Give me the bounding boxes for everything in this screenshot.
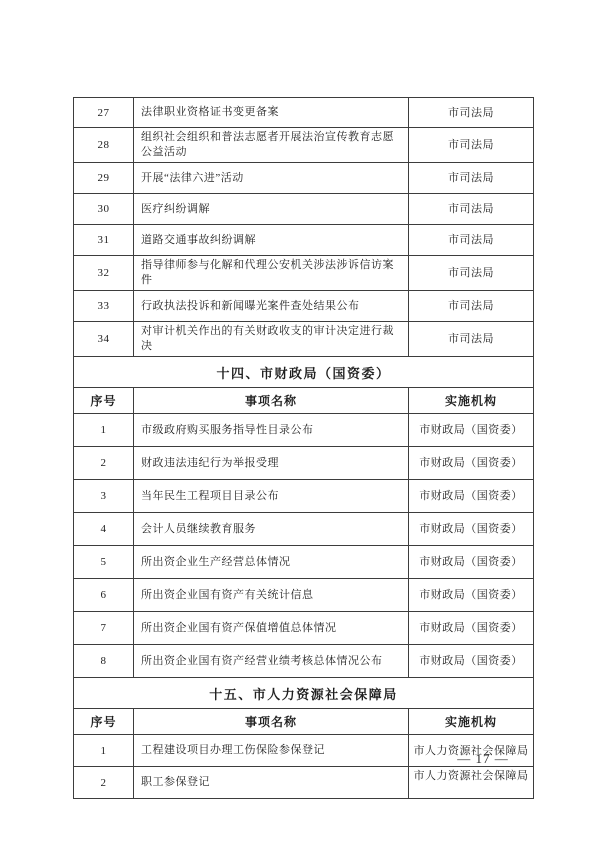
table-row: 27 法律职业资格证书变更备案 市司法局	[74, 98, 534, 128]
header-row: 序号 事项名称 实施机构	[74, 709, 534, 735]
item-cell: 医疗纠纷调解	[134, 194, 409, 225]
section-title-row-hr: 十五、市人力资源社会保障局	[74, 678, 534, 709]
agency-cell: 市财政局（国资委）	[409, 612, 534, 645]
agency-cell: 市司法局	[409, 225, 534, 256]
agency-cell: 市司法局	[409, 98, 534, 128]
agency-cell: 市财政局（国资委）	[409, 480, 534, 513]
agency-cell: 市司法局	[409, 194, 534, 225]
seq-cell: 34	[74, 322, 134, 357]
item-cell: 所出资企业国有资产保值增值总体情况	[134, 612, 409, 645]
table-row: 30 医疗纠纷调解 市司法局	[74, 194, 534, 225]
seq-cell: 32	[74, 256, 134, 291]
agency-cell: 市司法局	[409, 256, 534, 291]
section-title-row-finance: 十四、市财政局（国资委）	[74, 357, 534, 388]
seq-cell: 7	[74, 612, 134, 645]
table-row: 31 道路交通事故纠纷调解 市司法局	[74, 225, 534, 256]
column-header-seq: 序号	[74, 709, 134, 735]
seq-cell: 1	[74, 735, 134, 767]
seq-cell: 28	[74, 128, 134, 163]
section-title: 十四、市财政局（国资委）	[74, 357, 534, 388]
seq-cell: 31	[74, 225, 134, 256]
column-header-item: 事项名称	[134, 709, 409, 735]
agency-cell: 市司法局	[409, 163, 534, 194]
seq-cell: 5	[74, 546, 134, 579]
seq-cell: 29	[74, 163, 134, 194]
table-row: 7 所出资企业国有资产保值增值总体情况 市财政局（国资委）	[74, 612, 534, 645]
table-row: 3 当年民生工程项目目录公布 市财政局（国资委）	[74, 480, 534, 513]
agency-cell: 市财政局（国资委）	[409, 513, 534, 546]
agency-cell: 市人力资源社会保障局	[409, 767, 534, 799]
seq-cell: 27	[74, 98, 134, 128]
column-header-agency: 实施机构	[409, 388, 534, 414]
table-row: 5 所出资企业生产经营总体情况 市财政局（国资委）	[74, 546, 534, 579]
agency-cell: 市财政局（国资委）	[409, 645, 534, 678]
column-header-seq: 序号	[74, 388, 134, 414]
table-row: 29 开展“法律六进”活动 市司法局	[74, 163, 534, 194]
seq-cell: 3	[74, 480, 134, 513]
agency-cell: 市财政局（国资委）	[409, 579, 534, 612]
seq-cell: 8	[74, 645, 134, 678]
table-row: 4 会计人员继续教育服务 市财政局（国资委）	[74, 513, 534, 546]
seq-cell: 2	[74, 767, 134, 799]
table-row: 28 组织社会组织和普法志愿者开展法治宣传教育志愿公益活动 市司法局	[74, 128, 534, 163]
item-cell: 会计人员继续教育服务	[134, 513, 409, 546]
item-cell: 所出资企业生产经营总体情况	[134, 546, 409, 579]
service-items-table: 27 法律职业资格证书变更备案 市司法局 28 组织社会组织和普法志愿者开展法治…	[73, 97, 534, 799]
section-title: 十五、市人力资源社会保障局	[74, 678, 534, 709]
item-cell: 当年民生工程项目目录公布	[134, 480, 409, 513]
seq-cell: 6	[74, 579, 134, 612]
agency-cell: 市财政局（国资委）	[409, 546, 534, 579]
item-cell: 所出资企业国有资产有关统计信息	[134, 579, 409, 612]
document-page: { "table": { "column_headers": { "seq": …	[0, 0, 600, 848]
seq-cell: 33	[74, 291, 134, 322]
item-cell: 市级政府购买服务指导性目录公布	[134, 414, 409, 447]
seq-cell: 1	[74, 414, 134, 447]
table-row: 33 行政执法投诉和新闻曝光案件查处结果公布 市司法局	[74, 291, 534, 322]
table-row: 1 市级政府购买服务指导性目录公布 市财政局（国资委）	[74, 414, 534, 447]
seq-cell: 30	[74, 194, 134, 225]
header-row: 序号 事项名称 实施机构	[74, 388, 534, 414]
item-cell: 职工参保登记	[134, 767, 409, 799]
agency-cell: 市司法局	[409, 322, 534, 357]
agency-cell: 市司法局	[409, 291, 534, 322]
agency-cell: 市财政局（国资委）	[409, 414, 534, 447]
table-row: 2 职工参保登记 市人力资源社会保障局	[74, 767, 534, 799]
column-header-item: 事项名称	[134, 388, 409, 414]
item-cell: 开展“法律六进”活动	[134, 163, 409, 194]
table-row: 6 所出资企业国有资产有关统计信息 市财政局（国资委）	[74, 579, 534, 612]
table-row: 32 指导律师参与化解和代理公安机关涉法涉诉信访案件 市司法局	[74, 256, 534, 291]
page-number: — 17 —	[453, 751, 513, 767]
item-cell: 财政违法违纪行为举报受理	[134, 447, 409, 480]
table-row: 34 对审计机关作出的有关财政收支的审计决定进行裁决 市司法局	[74, 322, 534, 357]
seq-cell: 4	[74, 513, 134, 546]
agency-cell: 市财政局（国资委）	[409, 447, 534, 480]
item-cell: 工程建设项目办理工伤保险参保登记	[134, 735, 409, 767]
item-cell: 组织社会组织和普法志愿者开展法治宣传教育志愿公益活动	[134, 128, 409, 163]
seq-cell: 2	[74, 447, 134, 480]
item-cell: 指导律师参与化解和代理公安机关涉法涉诉信访案件	[134, 256, 409, 291]
item-cell: 所出资企业国有资产经营业绩考核总体情况公布	[134, 645, 409, 678]
table-row: 2 财政违法违纪行为举报受理 市财政局（国资委）	[74, 447, 534, 480]
item-cell: 对审计机关作出的有关财政收支的审计决定进行裁决	[134, 322, 409, 357]
agency-cell: 市司法局	[409, 128, 534, 163]
item-cell: 行政执法投诉和新闻曝光案件查处结果公布	[134, 291, 409, 322]
column-header-agency: 实施机构	[409, 709, 534, 735]
table-row: 8 所出资企业国有资产经营业绩考核总体情况公布 市财政局（国资委）	[74, 645, 534, 678]
item-cell: 道路交通事故纠纷调解	[134, 225, 409, 256]
item-cell: 法律职业资格证书变更备案	[134, 98, 409, 128]
